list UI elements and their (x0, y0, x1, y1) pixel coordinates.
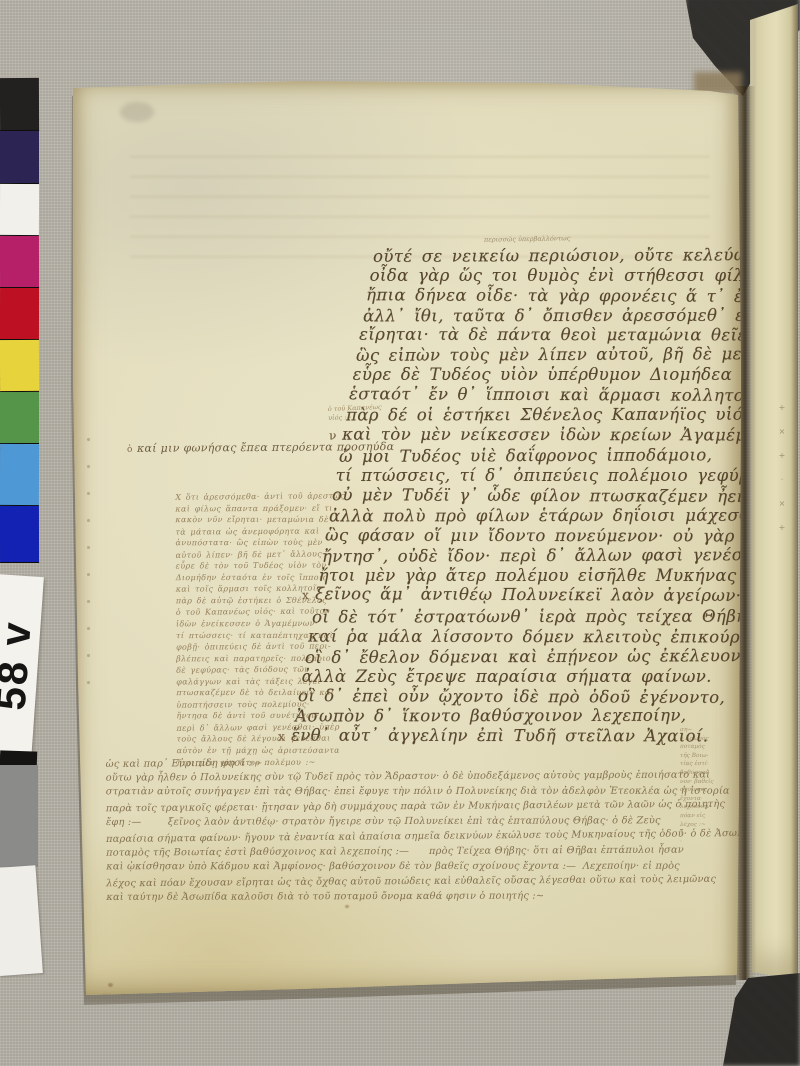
line-text: εἴρηται· τὰ δὲ πάντα θεοὶ μεταμώνια θεῖε… (359, 325, 763, 345)
text-line: xξεῖνος ἅμ᾽ ἀντιθέῳ Πολυνείκεϊ λαὸν ἀγεί… (317, 584, 743, 608)
bottom-scholia-block: ὡς καὶ παρ᾽ Εὐριπίδῃ φησί :—οὕτω γὰρ ἦλθ… (106, 752, 737, 906)
line-text: ἤτοι μὲν γὰρ ἄτερ πολέμου εἰσῆλθε Μυκήνα… (319, 566, 737, 585)
note-line: ση~ (680, 726, 732, 735)
fore-edge-mark: + (772, 444, 792, 468)
scholia-line: φαλάγγων καὶ τὰς τάξεις λέγει· (176, 675, 354, 687)
fore-edge-mark: × (772, 420, 792, 444)
line-text: εὗρε δὲ Τυδέος υἱὸν ὑπέρθυμον Διομήδεα (353, 365, 733, 384)
color-chip (0, 131, 39, 184)
color-calibration-bar (0, 78, 39, 563)
fore-edge-mark: + (772, 396, 792, 420)
scholia-line: τοὺς ἄλλους δὲ λέγουσι γενέσθαι (177, 733, 355, 745)
line-text: οἳ δ᾽ ἐπεὶ οὖν ᾤχοντο ἰδὲ πρὸ ὁδοῦ ἐγένο… (298, 686, 725, 707)
note-line: ὁ Ἀσωπὸς (680, 735, 732, 744)
color-chip (0, 392, 39, 444)
gray-patch (0, 765, 38, 867)
ink-fleck (345, 905, 349, 908)
fore-edge-marks: +×+·×+ (772, 396, 792, 540)
note-line: νον· βαθεῖς (680, 778, 732, 787)
text-line: πὰρ δέ οἱ ἑστήκει Σθένελος Καπανήϊος υἱό… (348, 404, 743, 425)
color-chip (0, 506, 39, 563)
text-line: ὣς φάσαν οἵ μιν ἴδοντο πονεύμενον· οὐ γὰ… (327, 525, 743, 546)
text-line: Ἀσωπὸν δ᾽ ἵκοντο βαθύσχοινον λεχεποίην, (297, 706, 743, 727)
line-text: καὶ τὸν μὲν νείκεσσεν ἰδὼν κρείων Ἀγαμέμ… (342, 424, 787, 444)
text-line: ἑσταότ᾽ ἔν θ᾽ ἵπποισι καὶ ἅρμασι κολλητο… (351, 384, 743, 405)
interlinear-gloss: περισσῶς ὑπερβαλλόντως (484, 234, 570, 244)
prick-dot (87, 546, 90, 549)
line-text: ὣς φάσαν οἵ μιν ἴδοντο πονεύμενον· οὐ γὰ… (325, 525, 797, 545)
line-text: οἶδα γὰρ ὥς τοι θυμὸς ἐνὶ στήθεσσι φίλοι… (370, 266, 791, 285)
color-chip (0, 340, 39, 392)
note-line: πόαν εἰς (680, 812, 732, 821)
prick-dot (87, 654, 90, 657)
text-line: νκαὶ τὸν μὲν νείκεσσεν ἰδὼν κρείων Ἀγαμέ… (344, 424, 743, 447)
fore-edge-mark: · (772, 468, 792, 492)
text-line: οἳ δ᾽ ἐπεὶ οὖν ᾤχοντο ἰδὲ πρὸ ὁδοῦ ἐγένο… (300, 686, 743, 708)
text-line: ἤτοι μὲν γὰρ ἄτερ πολέμου εἰσῆλθε Μυκήνα… (321, 566, 743, 586)
scholia-line: ἰδὼν ἐνείκεσσεν ὁ Ἀγαμέμνων· (176, 618, 354, 630)
prick-marks (87, 438, 91, 708)
folio-label-text: 58 v (0, 574, 42, 757)
text-line: καί ῥα μάλα λίσσοντο δόμεν κλειτοὺς ἐπικ… (310, 627, 743, 648)
scholia-line: πτωσκαζέμεν δὲ τὸ δειλαίνειν καὶ (176, 687, 354, 699)
margin-addition-text: καί μιν φωνήσας ἔπεα πτερόεντα προσηύδα (137, 440, 394, 455)
line-text: οὐ μὲν Τυδέϊ γ᾽ ὧδε φίλον πτωσκαζέμεν ἦε… (332, 485, 753, 506)
prick-dot (87, 465, 90, 468)
text-line: οὔτέ σε νεικείω περιώσιον, οὔτε κελεύω· (375, 245, 743, 266)
line-text: ξεῖνος ἅμ᾽ ἀντιθέῳ Πολυνείκεϊ λαὸν ἀγείρ… (315, 584, 741, 605)
note-line: ποταμὸς (680, 743, 732, 752)
main-text-block: οὔτέ σε νεικείω περιώσιον, οὔτε κελεύω·ο… (293, 246, 743, 748)
text-line: ἀλλ᾽ ἴθι, ταῦτα δ᾽ ὄπισθεν ἀρεσσόμεθ᾽ εἴ… (365, 305, 743, 326)
line-text: ὣς εἰπὼν τοὺς μὲν λίπεν αὐτοῦ, βῆ δὲ μετ… (356, 344, 800, 365)
line-text: οὔτέ σε νεικείω περιώσιον, οὔτε κελεύω· (373, 245, 753, 266)
line-text: ὤ μοι Τυδέος υἱὲ δαΐφρονος ἱπποδάμοιο, (339, 446, 712, 467)
text-line: ἤπια δήνεα οἶδε· τὰ γὰρ φρονέεις ἅ τ᾽ ἐγ… (368, 285, 743, 306)
capaneus-gloss: ὁ τοῦ Καπανέωςυἱός :~ (328, 403, 382, 423)
white-patch (0, 865, 43, 976)
text-line: ἤντησ᾽, οὐδὲ ἴδον· περὶ δ᾽ ἄλλων φασὶ γε… (324, 545, 743, 567)
line-text: ἀλλὰ πολὺ πρὸ φίλων ἑτάρων δηΐοισι μάχεσ… (329, 505, 774, 525)
color-chip (0, 444, 39, 506)
manuscript-page: οὔτέ σε νεικείω περιώσιον, οὔτε κελεύω·ο… (70, 78, 742, 998)
right-margin-notes: ση~ὁ Ἀσωπὸςποταμὸςτῆς Βοιω-τίας ἐστί·βαθ… (680, 726, 732, 846)
ink-showthrough (130, 140, 710, 258)
prick-dot (87, 438, 90, 441)
color-chip (0, 184, 39, 236)
text-line: εἴρηται· τὰ δὲ πάντα θεοὶ μεταμώνια θεῖε… (361, 325, 743, 346)
line-text: ἀλλὰ Ζεὺς ἔτρεψε παραίσια σήματα φαίνων. (302, 667, 712, 686)
text-line: οἳ δ᾽ ἔθελον δόμεναι καὶ ἐπῄνεον ὡς ἐκέλ… (307, 646, 743, 668)
ink-fleck (108, 983, 113, 987)
note-line: σχοίνους (680, 786, 732, 795)
text-line: οὐ μὲν Τυδέϊ γ᾽ ὧδε φίλον πτωσκαζέμεν ἦε… (334, 485, 743, 507)
margin-addition-line: ὁκαί μιν φωνήσας ἔπεα πτερόεντα προσηύδα (127, 440, 394, 455)
folio-label-card: 58 v (0, 574, 44, 756)
text-line: ὤ μοι Τυδέος υἱὲ δαΐφρονος ἱπποδάμοιο, (341, 446, 743, 468)
scholia-line: φοβῇ· ὀπιπεύεις δὲ ἀντὶ τοῦ περι- (176, 640, 354, 653)
text-line: xἔνθ᾽ αὖτ᾽ ἀγγελίην ἐπὶ Τυδῆ στεῖλαν Ἀχα… (293, 726, 743, 749)
faint-smudge (120, 102, 154, 122)
line-text: ἤντησ᾽, οὐδὲ ἴδον· περὶ δ᾽ ἄλλων φασὶ γε… (322, 545, 778, 566)
scholia-line: καὶ τοῖς ἅρμασι τοῖς κολλητοῖς· (176, 583, 354, 596)
line-text: οἳ δὲ τότ᾽ ἐστρατόωνθ᾽ ἱερὰ πρὸς τείχεα … (312, 607, 762, 627)
note-line: τίας ἐστί· (680, 760, 732, 769)
insertion-mark: ὁ (127, 445, 137, 455)
scholia-line: καὶ φίλως ἅπαντα πράξομεν· εἴ τι (175, 502, 353, 514)
scholia-line: ἀνυπόστατα· ὣς εἰπὼν τοὺς μὲν (176, 537, 354, 549)
line-text: ἤπια δήνεα οἶδε· τὰ γὰρ φρονέεις ἅ τ᾽ ἐγ… (366, 285, 800, 306)
scholia-line: τί πτώσσεις· τί καταπέπτηχας καὶ (176, 629, 354, 641)
text-line: ἀλλὰ Ζεὺς ἔτρεψε παραίσια σήματα φαίνων. (304, 667, 743, 687)
line-text: καί ῥα μάλα λίσσοντο δόμεν κλειτοὺς ἐπικ… (308, 627, 776, 647)
line-text: τί πτώσσεις, τί δ᾽ ὀπιπεύεις πολέμοιο γε… (336, 466, 777, 485)
color-chip (0, 288, 39, 340)
prick-dot (87, 600, 90, 603)
note-line: · (680, 838, 732, 847)
text-line: ὣς εἰπὼν τοὺς μὲν λίπεν αὐτοῦ, βῆ δὲ μετ… (358, 344, 743, 365)
prick-dot (87, 492, 90, 495)
line-text: οἳ δ᾽ ἔθελον δόμεναι καὶ ἐπῄνεον ὡς ἐκέλ… (305, 646, 747, 667)
color-chip (0, 236, 39, 288)
line-text: ἀλλ᾽ ἴθι, ταῦτα δ᾽ ὄπισθεν ἀρεσσόμεθ᾽ εἴ… (363, 305, 800, 325)
note-line: βαθύσχοι- (680, 769, 732, 778)
fore-edge-mark: × (772, 492, 792, 516)
fore-edge-mark: + (772, 516, 792, 540)
text-line: οἶδα γὰρ ὥς τοι θυμὸς ἐνὶ στήθεσσι φίλοι… (372, 266, 743, 286)
prick-dot (87, 519, 90, 522)
scholia-line: κακὸν νῦν εἴρηται· μεταμώνια δὲ (175, 514, 353, 526)
prick-dot (87, 627, 90, 630)
gloss-line: υἱός :~ (328, 412, 382, 423)
text-line: εὗρε δὲ Τυδέος υἱὸν ὑπέρθυμον Διομήδεα (355, 365, 743, 385)
manuscript-photograph: +×+·×+ οὔτέ σε νεικείω περιώσιον, οὔτε κ… (0, 0, 800, 1066)
text-line: ἀλλὰ πολὺ πρὸ φίλων ἑτάρων δηΐοισι μάχεσ… (331, 506, 743, 527)
prick-dot (87, 573, 90, 576)
text-line: τί πτώσσεις, τί δ᾽ ὀπιπεύεις πολέμοιο γε… (338, 466, 743, 486)
line-text: πὰρ δέ οἱ ἑστήκει Σθένελος Καπανήϊος υἱό… (346, 404, 758, 424)
scholia-line: καὶ ταύτην δὲ Ἀσωπίδα καλοῦσι διὰ τὸ τοῦ… (106, 888, 736, 905)
scholia-line: εὗρε δὲ τὸν τοῦ Τυδέος υἱὸν τὸν (176, 560, 354, 572)
note-line: † (680, 829, 732, 838)
note-line: λέχος :~ (680, 821, 732, 830)
prick-dot (87, 681, 90, 684)
left-scholia-block: Χ ὅτι ἀρεσσόμεθα· ἀντὶ τοῦ ἀρεστῶςκαὶ φί… (175, 491, 354, 769)
color-chip (0, 78, 39, 131)
scholia-line: ἤντησα δὲ ἀντὶ τοῦ συνέτυχον· (176, 710, 354, 722)
line-text: ἑσταότ᾽ ἔν θ᾽ ἵπποισι καὶ ἅρμασι κολλητο… (349, 384, 775, 405)
text-line: οἳ δὲ τότ᾽ ἐστρατόωνθ᾽ ἱερὰ πρὸς τείχεα … (314, 607, 743, 628)
note-line: λεχεποίην (680, 803, 732, 812)
